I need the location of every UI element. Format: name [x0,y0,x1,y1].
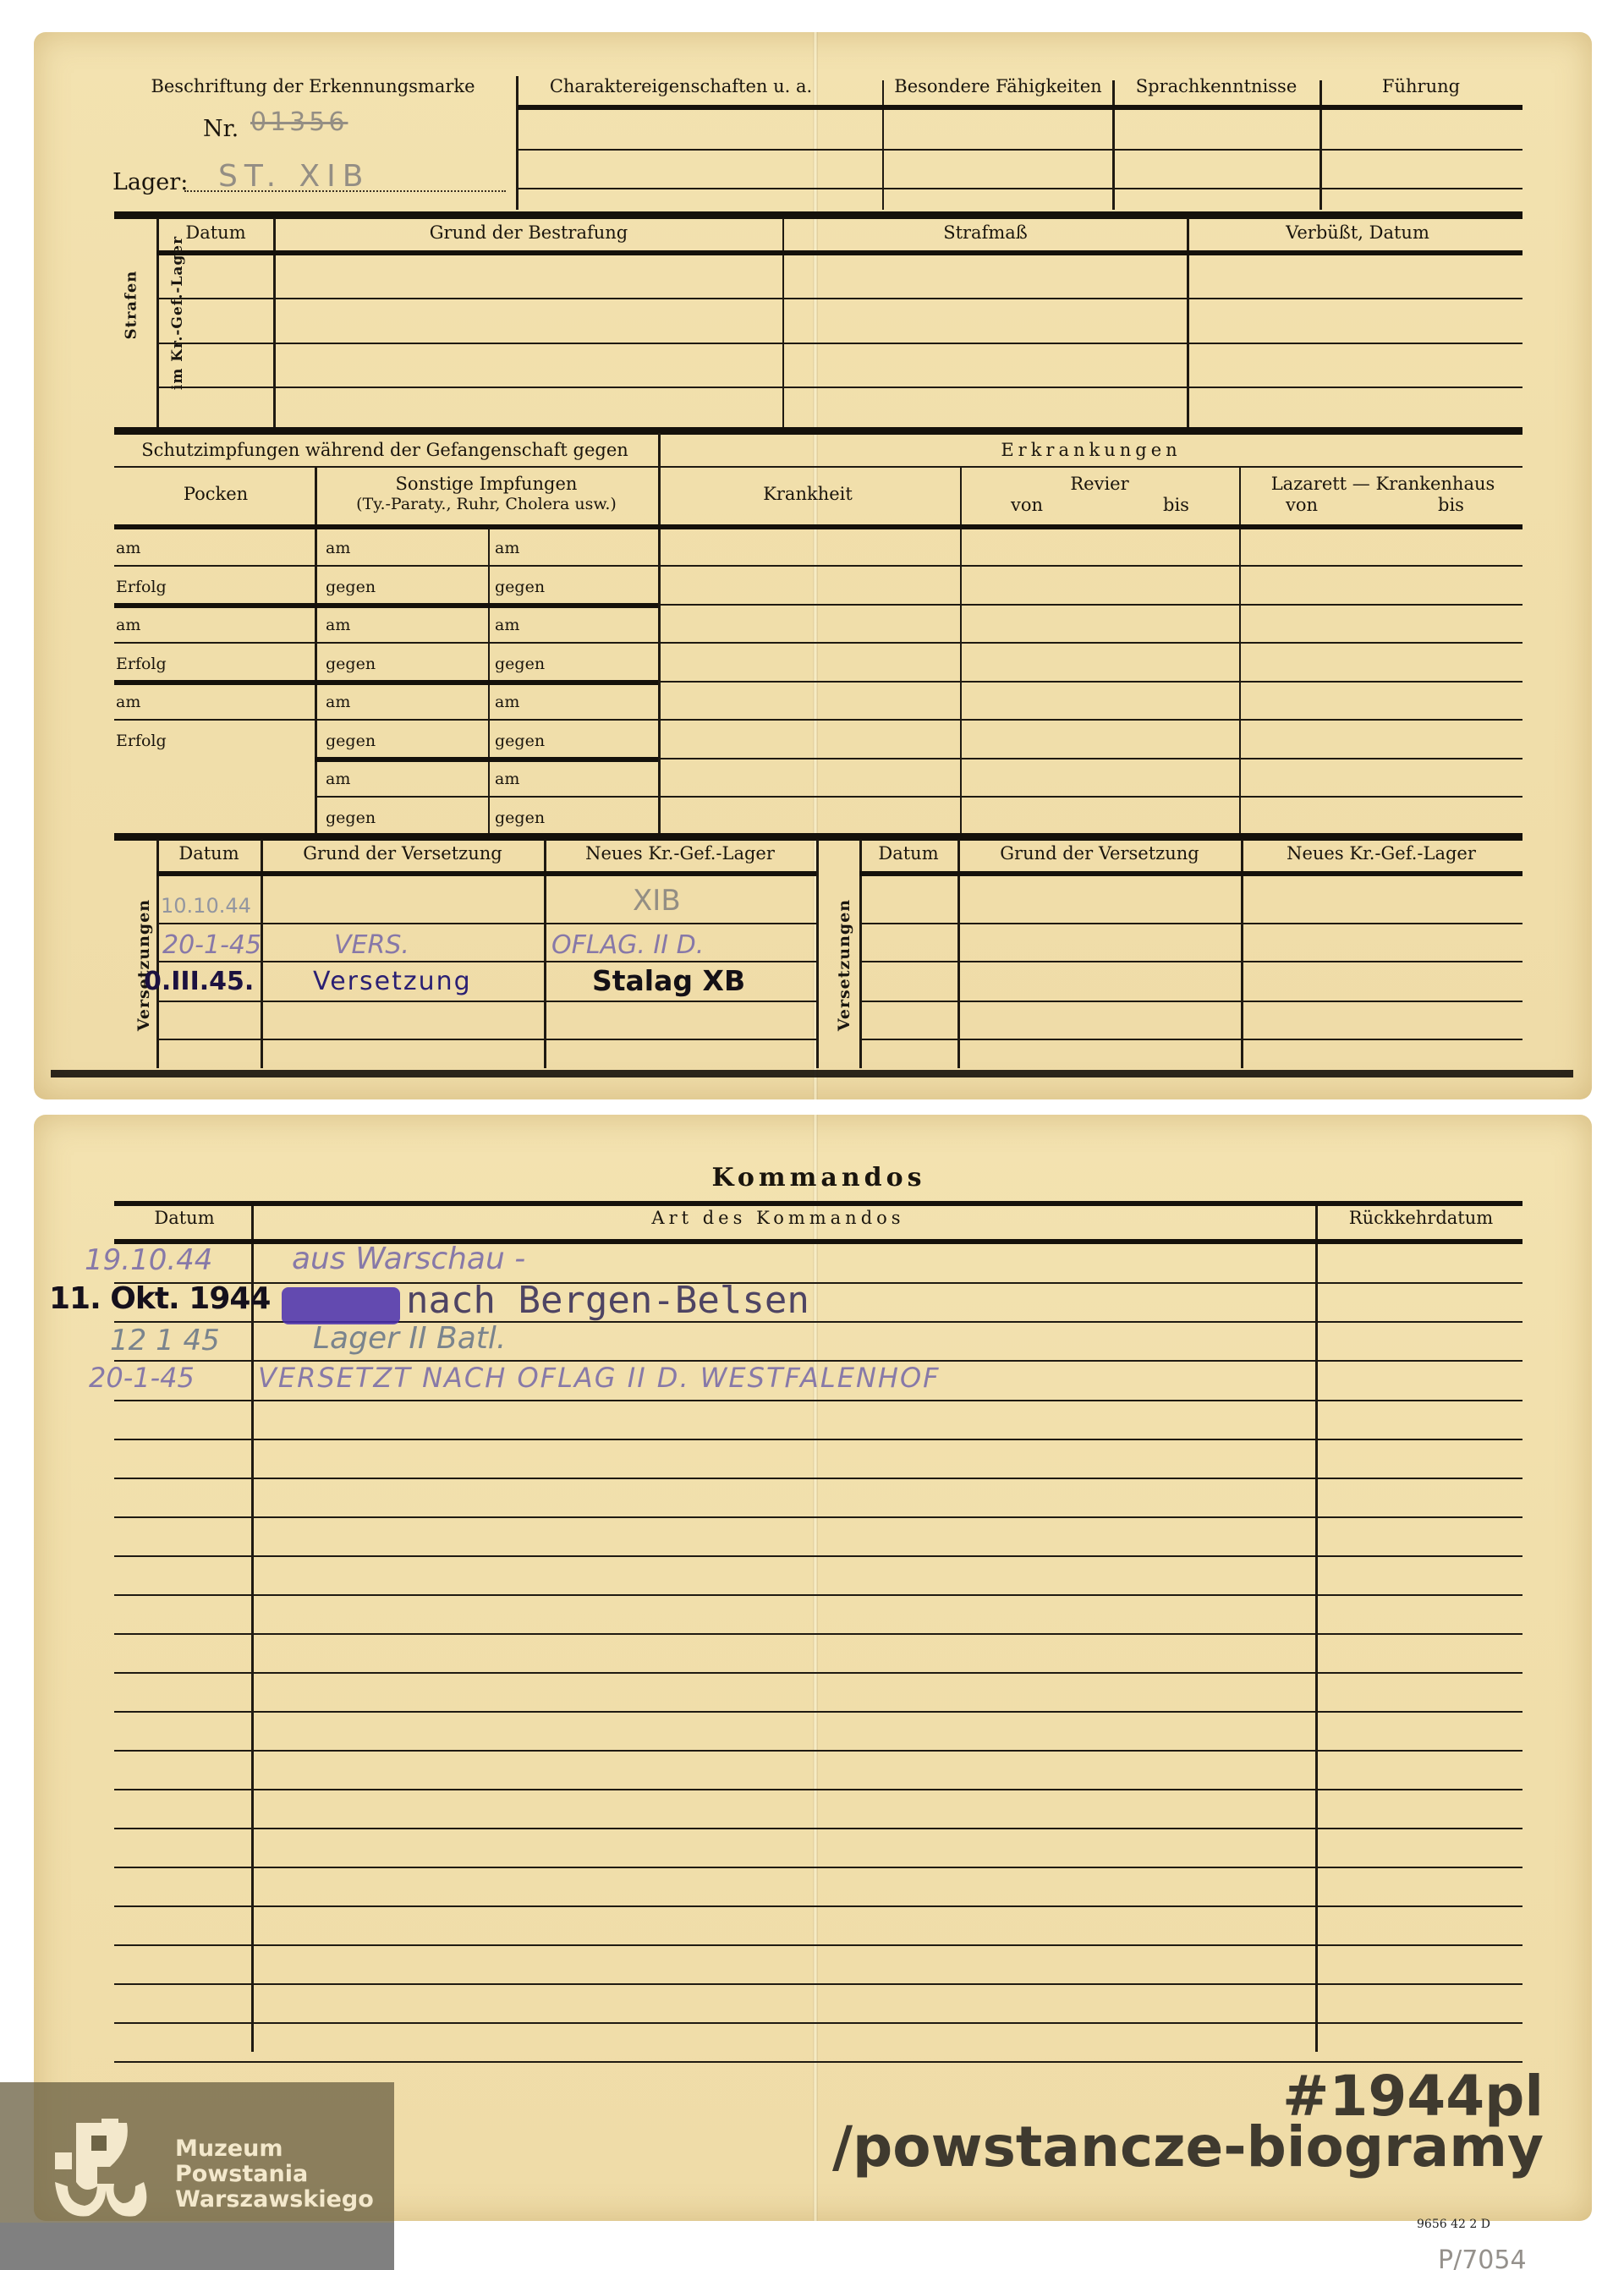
sonstige-gegen: gegen [326,655,376,673]
pocken-am: am [116,616,140,634]
group-rule [114,680,658,685]
row-rule [658,681,1522,683]
row-rule [156,1001,816,1002]
sonstige2-am: am [495,693,519,711]
pocken-erfolg: Erfolg [116,578,167,596]
lager-label: Lager: [112,169,188,195]
col-krankheit: Krankheit [763,484,853,504]
museum-name-line2: Powstania [175,2162,308,2187]
impfungen-title: Schutzimpfungen während der Gefangenscha… [141,440,628,460]
row-rule [114,2061,1522,2063]
row-rule [114,1439,1522,1440]
divider [1315,1206,1318,2052]
row-rule [156,298,1522,299]
pocken-erfolg: Erfolg [116,655,167,673]
row-rule [114,1400,1522,1401]
divider [658,433,661,835]
pocken-am: am [116,693,140,711]
row-rule [156,1039,816,1040]
kommando-row1-datum: 19.10.44 [85,1243,212,1277]
kommando-row3-datum: 12 1 45 [110,1324,220,1357]
versetz-row1-datum: 10.10.44 [161,894,251,918]
sonstige-am: am [326,539,350,557]
print-code: 9656 42 2 D [1417,2218,1490,2231]
nr-value: 01356 [250,107,348,137]
row-rule [114,1789,1522,1790]
revier-von: von [1011,495,1043,515]
sonstige-am: am [326,616,350,634]
pocken-am: am [116,539,140,557]
sonstige-am: am [326,770,350,788]
col-lazarett: Lazarett — Krankenhaus [1271,474,1495,494]
row-rule [114,2022,1522,2024]
section-rule [114,211,1522,219]
versetzungen-side-label-right: Versetzungen [835,897,853,1033]
kommando-row3-art: Lager II Batl. [313,1321,506,1356]
biogramy-path: /powstancze-biogramy [832,2114,1544,2180]
row-rule [114,1711,1522,1713]
row-rule [156,387,1522,388]
kommandos-col-art: Art des Kommandos [651,1208,904,1228]
row-rule [114,565,1522,567]
row-rule [859,1039,1522,1040]
sonstige2-gegen: gegen [495,578,545,596]
divider [882,80,884,210]
divider [816,840,819,1068]
divider [1239,468,1241,835]
col-revier: Revier [1070,474,1128,494]
versetz-row2-datum: 20-1-45 [162,930,261,960]
strafen-side-label-2: im Kr.-Gef.-Lager [169,228,186,398]
row-rule [859,1001,1522,1002]
sonstige2-gegen: gegen [495,732,545,750]
kommando-row1-art: aus Warschau - [292,1242,525,1276]
row-rule [156,961,816,962]
col-fuehrung: Führung [1382,76,1460,96]
lager-value: ST. XIB [218,159,370,194]
strafen-col-verbuesst: Verbüßt, Datum [1286,222,1429,243]
col-sonstige-sub: (Ty.-Paraty., Ruhr, Cholera usw.) [356,495,617,513]
sonstige2-am: am [495,539,519,557]
versetz-row2-grund: VERS. [334,930,409,960]
sonstige-gegen: gegen [326,732,376,750]
strafen-col-datum: Datum [185,222,245,243]
versetz-right-col-datum: Datum [878,843,938,864]
header-rule [114,1201,1522,1206]
versetz-row2-lager: OFLAG. II D. [551,930,704,960]
row-rule [114,1983,1522,1985]
header-rule [859,871,1522,876]
row-rule [114,1555,1522,1557]
row-rule [114,642,1522,644]
row-rule [114,1478,1522,1479]
row-rule [114,1905,1522,1907]
archive-mark: P/7054 [1438,2245,1527,2270]
row-rule [114,1594,1522,1596]
sonstige-gegen: gegen [326,578,376,596]
header-rule [156,871,816,876]
versetz-col-grund: Grund der Versetzung [303,843,502,864]
col-sonstige: Sonstige Impfungen [396,474,578,494]
lazarett-von: von [1286,495,1318,515]
row-rule [114,1867,1522,1868]
divider [315,468,317,835]
header-rule [518,105,1522,110]
versetz-col-datum: Datum [178,843,239,864]
divider [516,76,518,210]
kommandos-col-rueckkehr: Rückkehrdatum [1349,1208,1493,1228]
row-rule [156,923,816,924]
tag-header: Beschriftung der Erkennungsmarke [151,76,475,96]
kommandos-col-datum: Datum [154,1208,214,1228]
row-rule [518,149,1522,151]
ink-smudge [282,1287,400,1324]
anchor-kotwica-icon [51,2114,161,2224]
kommandos-title: Kommandos [711,1163,925,1193]
row-rule [114,1944,1522,1946]
versetz-col-lager: Neues Kr.-Gef.-Lager [585,843,775,864]
erkrankungen-title: Erkrankungen [1001,440,1181,460]
kommando-row2-datum: 11. Okt. 1944 [49,1281,270,1316]
row-rule [658,758,1522,759]
strafen-col-grund: Grund der Bestrafung [430,222,628,243]
divider [1319,80,1322,210]
row-rule [859,923,1522,924]
divider [960,468,962,835]
revier-bis: bis [1163,495,1189,515]
strafen-col-strafmass: Strafmaß [943,222,1028,243]
row-rule [114,1633,1522,1635]
divider [1112,80,1115,210]
row-rule [114,1750,1522,1752]
row-rule [315,796,1522,798]
row-rule [114,1828,1522,1829]
section-rule [114,427,1522,435]
row-rule [114,1282,1522,1284]
col-besondere-faehigkeiten: Besondere Fähigkeiten [894,76,1101,96]
row-rule [114,466,1522,468]
row-rule [658,604,1522,606]
versetz-row3-lager: Stalag XB [592,964,745,997]
museum-logo-panel-bottom [0,2223,394,2270]
kommando-row4-datum: 20-1-45 [89,1362,195,1394]
row-rule [518,188,1522,189]
sonstige2-am: am [495,616,519,634]
fold-edge-rule [51,1070,1573,1077]
col-sprachkenntnisse: Sprachkenntnisse [1136,76,1298,96]
sonstige-am: am [326,693,350,711]
sonstige2-gegen: gegen [495,809,545,827]
sonstige2-gegen: gegen [495,655,545,673]
versetz-right-col-grund: Grund der Versetzung [1000,843,1199,864]
group-rule [114,603,658,608]
pocken-erfolg: Erfolg [116,732,167,750]
divider [251,1206,254,2052]
kommando-row4-art: VERSETZT NACH OFLAG II D. WESTFALENHOF [258,1362,941,1394]
museum-name-line3: Warszawskiego [175,2187,374,2212]
lazarett-bis: bis [1438,495,1464,515]
row-rule [114,719,1522,721]
versetzungen-side-label: Versetzungen [134,897,153,1033]
row-rule [114,1516,1522,1518]
header-rule [156,250,1522,255]
versetz-right-col-lager: Neues Kr.-Gef.-Lager [1287,843,1476,864]
col-charaktereigenschaften: Charaktereigenschaften u. a. [550,76,812,96]
versetz-row3-datum: 0.III.45. [144,967,254,996]
sonstige-gegen: gegen [326,809,376,827]
group-rule [315,757,658,762]
nr-label: Nr. [203,116,239,142]
strafen-side-label-1: Strafen [123,246,140,365]
versetz-row1-lager: XIB [633,884,681,918]
kommando-row2-art: nach Bergen-Belsen [406,1279,809,1322]
museum-name-line1: Muzeum [175,2136,283,2162]
row-rule [114,1672,1522,1674]
row-rule [156,343,1522,344]
col-pocken: Pocken [184,484,248,504]
sonstige2-am: am [495,770,519,788]
header-rule [114,524,1522,529]
row-rule [859,961,1522,962]
versetz-row3-grund: Versetzung [313,967,472,996]
